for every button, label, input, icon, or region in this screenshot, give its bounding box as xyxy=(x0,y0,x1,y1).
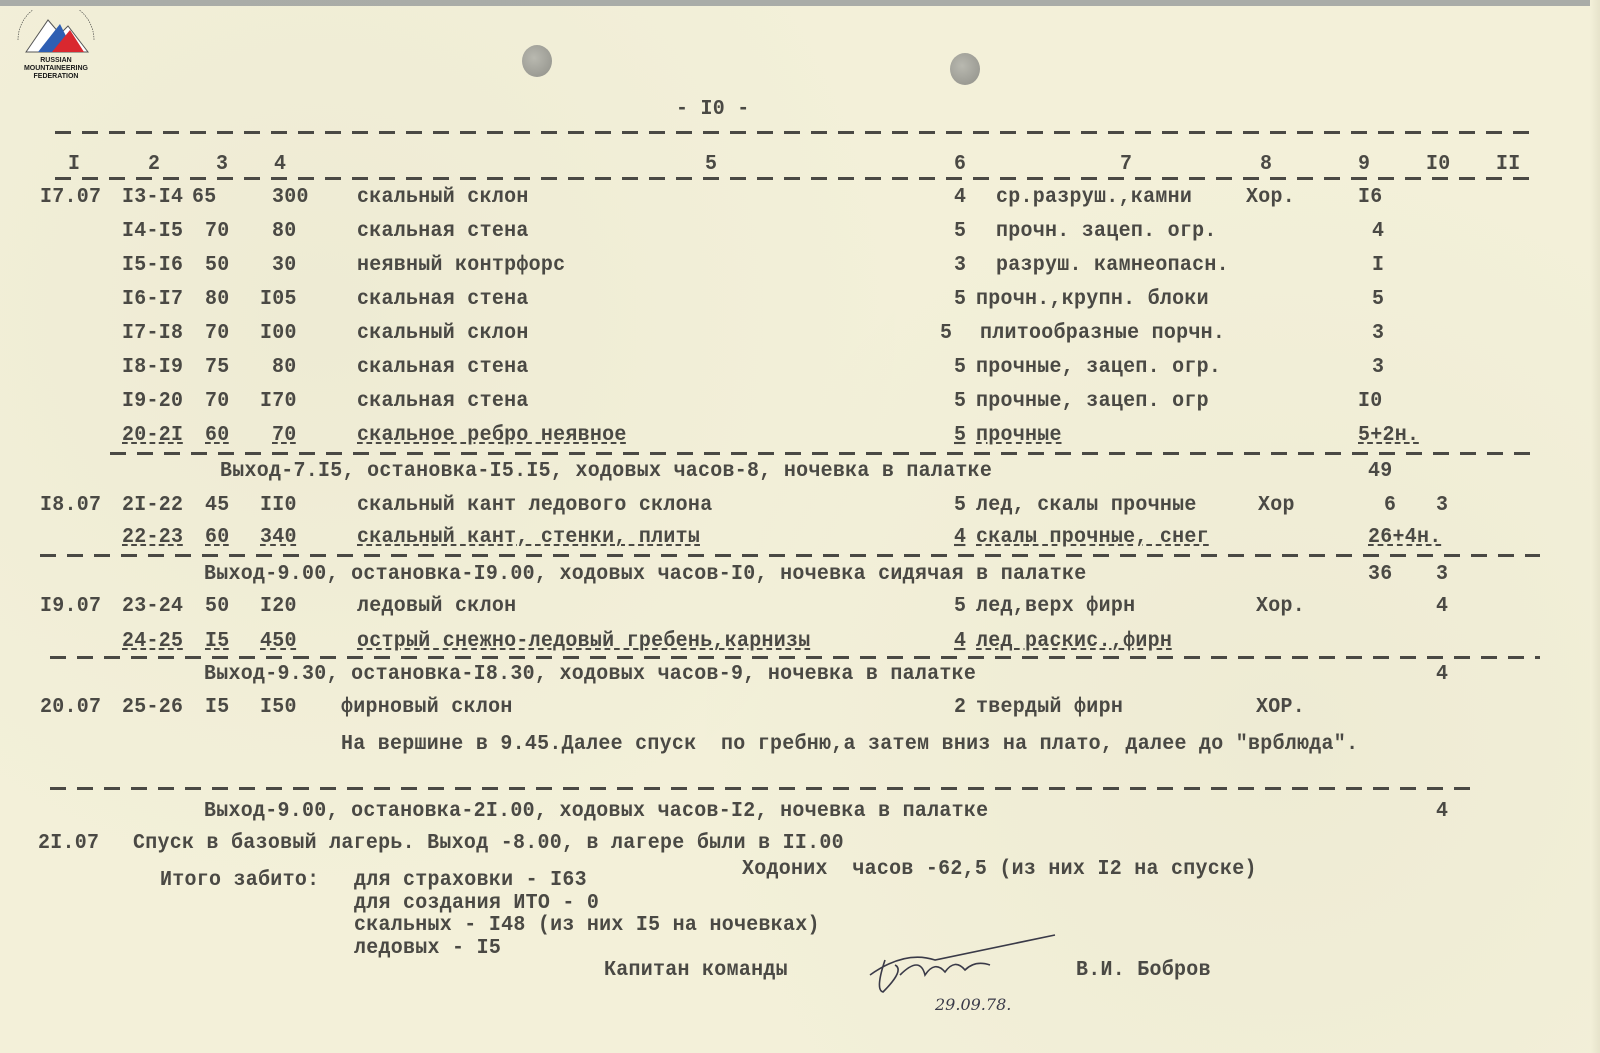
final-day-date: 2I.07 xyxy=(38,832,99,856)
cell-length: 300 xyxy=(272,186,309,210)
cell-relief: скальный склон xyxy=(357,186,529,210)
day-summary: Выход-7.I5, остановка-I5.I5, ходовых час… xyxy=(220,460,992,484)
cell-difficulty: 5 xyxy=(954,356,966,380)
cell-weather: Хор. xyxy=(1246,186,1295,210)
cell-condition: лед, скалы прочные xyxy=(976,494,1197,518)
mountain-flag-icon xyxy=(8,10,104,60)
cell-condition: лед раскис.,фирн xyxy=(976,630,1172,654)
day-separator-rule xyxy=(50,656,1540,659)
handwritten-signature-icon: 29.09.78. xyxy=(865,930,1065,1020)
cell-condition: ср.разруш.,камни xyxy=(996,186,1192,210)
page-number: - I0 - xyxy=(676,98,750,122)
cell-difficulty: 3 xyxy=(954,254,966,278)
day-separator-rule xyxy=(40,554,1540,557)
col-header-10: I0 xyxy=(1426,153,1451,177)
cell-length: I70 xyxy=(260,390,297,414)
logo-line-3: FEDERATION xyxy=(8,73,104,81)
cell-steepness: 75 xyxy=(205,356,230,380)
col-header-1: I xyxy=(68,153,80,177)
cell-difficulty: 4 xyxy=(954,186,966,210)
cell-section: I4-I5 xyxy=(122,220,183,244)
signatory-name: В.И. Бобров xyxy=(1076,959,1211,983)
day-summary: Выход-9.00, остановка-2I.00, ходовых час… xyxy=(204,800,988,824)
col-header-6: 6 xyxy=(954,153,966,177)
cell-section: 23-24 xyxy=(122,595,183,619)
day-date: I8.07 xyxy=(40,494,101,518)
cell-steepness: 65 xyxy=(192,186,217,210)
day-separator-rule xyxy=(50,787,1480,790)
day-summary: Выход-9.00, остановка-I9.00, ходовых час… xyxy=(204,563,1087,587)
scan-right-edge xyxy=(1590,0,1600,1053)
cell-difficulty: 5 xyxy=(954,595,966,619)
cell-difficulty: 5 xyxy=(954,288,966,312)
cell-relief: скальный кант, стенки, плиты xyxy=(357,526,700,550)
col-header-3: 3 xyxy=(216,153,228,177)
cell-condition: лед,верх фирн xyxy=(976,595,1135,619)
cell-section: I6-I7 xyxy=(122,288,183,312)
cell-relief: скальное ребро неявное xyxy=(357,424,627,448)
punch-hole xyxy=(950,53,980,85)
logo-line-1: RUSSIAN xyxy=(8,57,104,65)
cell-weather: ХОР. xyxy=(1256,696,1305,720)
day-separator-rule xyxy=(110,452,1540,455)
cell-steepness: 50 xyxy=(205,595,230,619)
cell-steepness: I5 xyxy=(205,630,230,654)
cell-section: 24-25 xyxy=(122,630,183,654)
totals-item: скальных - I48 (из них I5 на ночевках) xyxy=(354,914,820,938)
cell-section: I8-I9 xyxy=(122,356,183,380)
cell-weather: Хор. xyxy=(1256,595,1305,619)
summary-hooks-ice: 3 xyxy=(1436,563,1448,587)
col-header-9: 9 xyxy=(1358,153,1370,177)
summary-hooks-ice: 4 xyxy=(1436,800,1448,824)
cell-steepness: 70 xyxy=(205,220,230,244)
cell-section: 2I-22 xyxy=(122,494,183,518)
cell-condition: твердый фирн xyxy=(976,696,1123,720)
cell-weather: Хор xyxy=(1258,494,1295,518)
cell-section: 22-23 xyxy=(122,526,183,550)
cell-section: I7-I8 xyxy=(122,322,183,346)
cell-hooks-rock: I6 xyxy=(1358,186,1383,210)
cell-hooks-rock: I0 xyxy=(1358,390,1383,414)
cell-relief: скальная стена xyxy=(357,220,529,244)
cell-steepness: 60 xyxy=(205,526,230,550)
cell-hooks-rock: 3 xyxy=(1372,322,1384,346)
totals-item: для страховки - I63 xyxy=(354,869,587,893)
cell-length: 450 xyxy=(260,630,297,654)
cell-hooks-rock: 5+2н. xyxy=(1358,424,1419,448)
cell-relief: скальная стена xyxy=(357,390,529,414)
cell-relief: ледовый склон xyxy=(357,595,516,619)
summary-hooks-rock: 49 xyxy=(1368,460,1393,484)
cell-length: I00 xyxy=(260,322,297,346)
cell-difficulty: 4 xyxy=(954,526,966,550)
cell-length: 80 xyxy=(272,220,297,244)
cell-steepness: 60 xyxy=(205,424,230,448)
cell-section: I9-20 xyxy=(122,390,183,414)
signature-role: Капитан команды xyxy=(604,959,788,983)
day-date: 20.07 xyxy=(40,696,101,720)
punch-hole xyxy=(522,45,552,77)
col-header-8: 8 xyxy=(1260,153,1272,177)
cell-length: 80 xyxy=(272,356,297,380)
summary-hooks-ice: 4 xyxy=(1436,663,1448,687)
cell-difficulty: 5 xyxy=(954,220,966,244)
cell-hooks-rock: 3 xyxy=(1372,356,1384,380)
table-top-rule xyxy=(55,131,1540,134)
summary-hooks-rock: 36 xyxy=(1368,563,1393,587)
cell-relief: острый снежно-ледовый гребень,карнизы xyxy=(357,630,811,654)
totals-item: для создания ИТО - 0 xyxy=(354,892,599,916)
cell-section: 20-2I xyxy=(122,424,183,448)
totals-item: ледовых - I5 xyxy=(354,937,501,961)
cell-section: 25-26 xyxy=(122,696,183,720)
cell-steepness: 45 xyxy=(205,494,230,518)
header-bottom-rule xyxy=(55,177,1540,180)
cell-steepness: I5 xyxy=(205,696,230,720)
cell-difficulty: 5 xyxy=(954,424,966,448)
summit-note: На вершине в 9.45.Далее спуск по гребню,… xyxy=(341,733,1358,757)
cell-condition: разруш. камнеопасн. xyxy=(996,254,1229,278)
cell-relief: скальная стена xyxy=(357,288,529,312)
cell-steepness: 50 xyxy=(205,254,230,278)
final-day-text: Спуск в базовый лагерь. Выход -8.00, в л… xyxy=(133,832,844,856)
cell-length: I50 xyxy=(260,696,297,720)
col-header-4: 4 xyxy=(274,153,286,177)
cell-condition: прочные, зацеп. огр xyxy=(976,390,1209,414)
cell-length: II0 xyxy=(260,494,297,518)
cell-relief: скальный склон xyxy=(357,322,529,346)
day-summary: Выход-9.30, остановка-I8.30, ходовых час… xyxy=(204,663,976,687)
cell-condition: прочные, зацеп. огр. xyxy=(976,356,1221,380)
signature-date: 29.09.78. xyxy=(934,995,1011,1014)
cell-length: 340 xyxy=(260,526,297,550)
cell-condition: плитообразные порчн. xyxy=(980,322,1225,346)
cell-hooks-ice: 3 xyxy=(1436,494,1448,518)
cell-relief: скальная стена xyxy=(357,356,529,380)
cell-length: I05 xyxy=(260,288,297,312)
cell-steepness: 70 xyxy=(205,390,230,414)
cell-length: 70 xyxy=(272,424,297,448)
cell-steepness: 80 xyxy=(205,288,230,312)
cell-hooks-rock: 5 xyxy=(1372,288,1384,312)
col-header-5: 5 xyxy=(705,153,717,177)
cell-relief: скальный кант ледового склона xyxy=(357,494,712,518)
totals-label: Итого забито: xyxy=(160,869,319,893)
cell-length: I20 xyxy=(260,595,297,619)
cell-hooks-rock: 26+4н. xyxy=(1368,526,1442,550)
cell-difficulty: 4 xyxy=(954,630,966,654)
cell-section: I3-I4 xyxy=(122,186,183,210)
cell-hooks-rock: 6 xyxy=(1384,494,1396,518)
col-header-11: II xyxy=(1496,153,1521,177)
logo-line-2: MOUNTAINEERING xyxy=(8,65,104,73)
cell-section: I5-I6 xyxy=(122,254,183,278)
cell-relief: фирновый склон xyxy=(341,696,513,720)
day-date: I7.07 xyxy=(40,186,101,210)
cell-difficulty: 5 xyxy=(940,322,952,346)
cell-difficulty: 5 xyxy=(954,494,966,518)
cell-length: 30 xyxy=(272,254,297,278)
day-date: I9.07 xyxy=(40,595,101,619)
cell-hooks-ice: 4 xyxy=(1436,595,1448,619)
cell-difficulty: 2 xyxy=(954,696,966,720)
cell-relief: неявный контрфорс xyxy=(357,254,565,278)
cell-steepness: 70 xyxy=(205,322,230,346)
cell-hooks-rock: 4 xyxy=(1372,220,1384,244)
cell-condition: прочн. зацеп. огр. xyxy=(996,220,1217,244)
cell-difficulty: 5 xyxy=(954,390,966,414)
federation-logo: RUSSIAN MOUNTAINEERING FEDERATION xyxy=(8,10,98,80)
cell-condition: скалы прочные, снег xyxy=(976,526,1209,550)
col-header-2: 2 xyxy=(148,153,160,177)
cell-condition: прочные xyxy=(976,424,1062,448)
walking-hours-total: Ходоних часов -62,5 (из них I2 на спуске… xyxy=(742,858,1257,882)
cell-hooks-rock: I xyxy=(1372,254,1384,278)
col-header-7: 7 xyxy=(1120,153,1132,177)
cell-condition: прочн.,крупн. блоки xyxy=(976,288,1209,312)
